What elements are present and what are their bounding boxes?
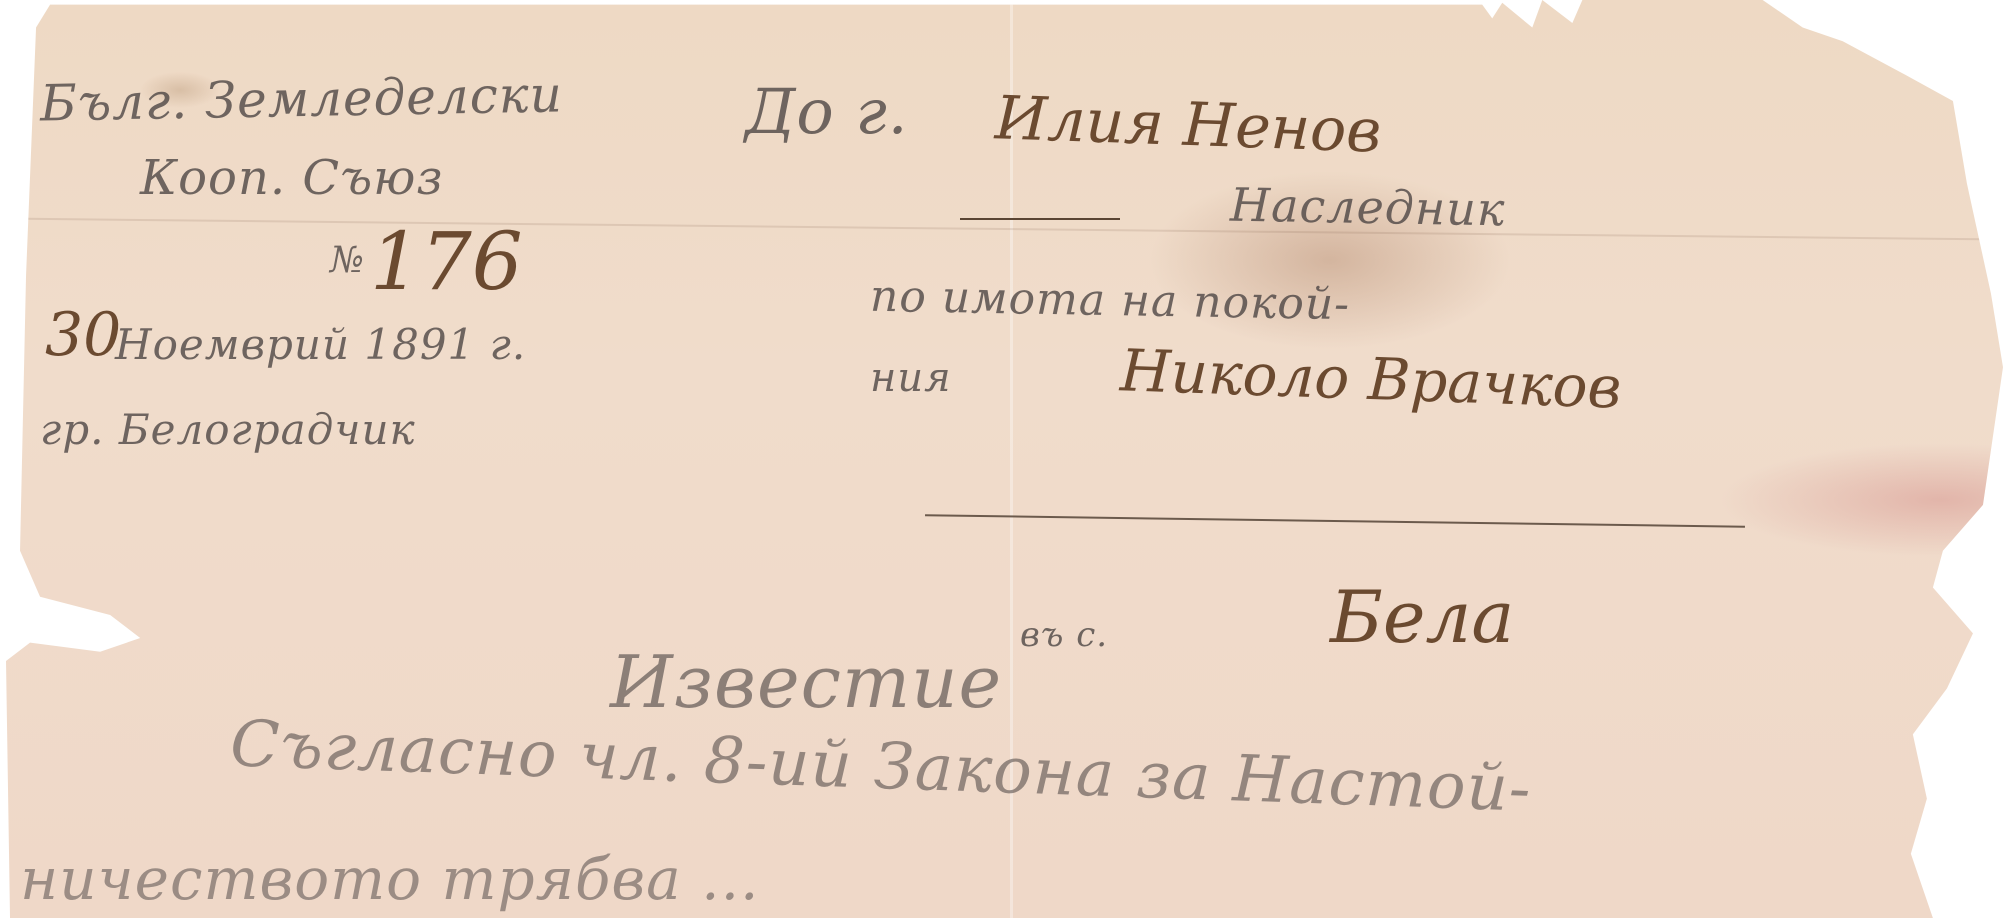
body-line-2: ничеството трябва ... <box>20 845 760 913</box>
recipient-name: Илия Ненов <box>994 83 1383 166</box>
location-name: Бела <box>1330 575 1514 659</box>
estate-line: по имота на покой- <box>870 271 1351 330</box>
office-stamp-line2: Кооп. Съюз <box>140 150 444 206</box>
deceased-prefix: ния <box>870 355 952 401</box>
aged-paper-document: Бълг. Земледелски Кооп. Съюз № 176 30 Но… <box>0 0 2003 918</box>
address-underline <box>925 514 1745 527</box>
date-day: 30 <box>45 300 121 370</box>
location-prefix: въ с. <box>1020 615 1108 655</box>
notice-heading: Известие <box>610 640 1002 724</box>
horizontal-fold-crease <box>0 218 2003 241</box>
date-stamp: Ноемврий 1891 г. <box>115 320 526 369</box>
to-prefix: До г. <box>745 75 908 148</box>
recipient-title: Наследник <box>1230 178 1506 237</box>
office-stamp-line1: Бълг. Земледелски <box>40 65 564 132</box>
dash-line <box>960 218 1120 220</box>
document-number: 176 <box>370 215 523 308</box>
deceased-name: Николо Врачков <box>1119 336 1623 421</box>
body-line-1: Съгласно чл. 8-ий Закона за Настой- <box>229 707 1533 826</box>
number-sign: № <box>330 240 365 281</box>
place-stamp: гр. Белоградчик <box>40 405 416 454</box>
